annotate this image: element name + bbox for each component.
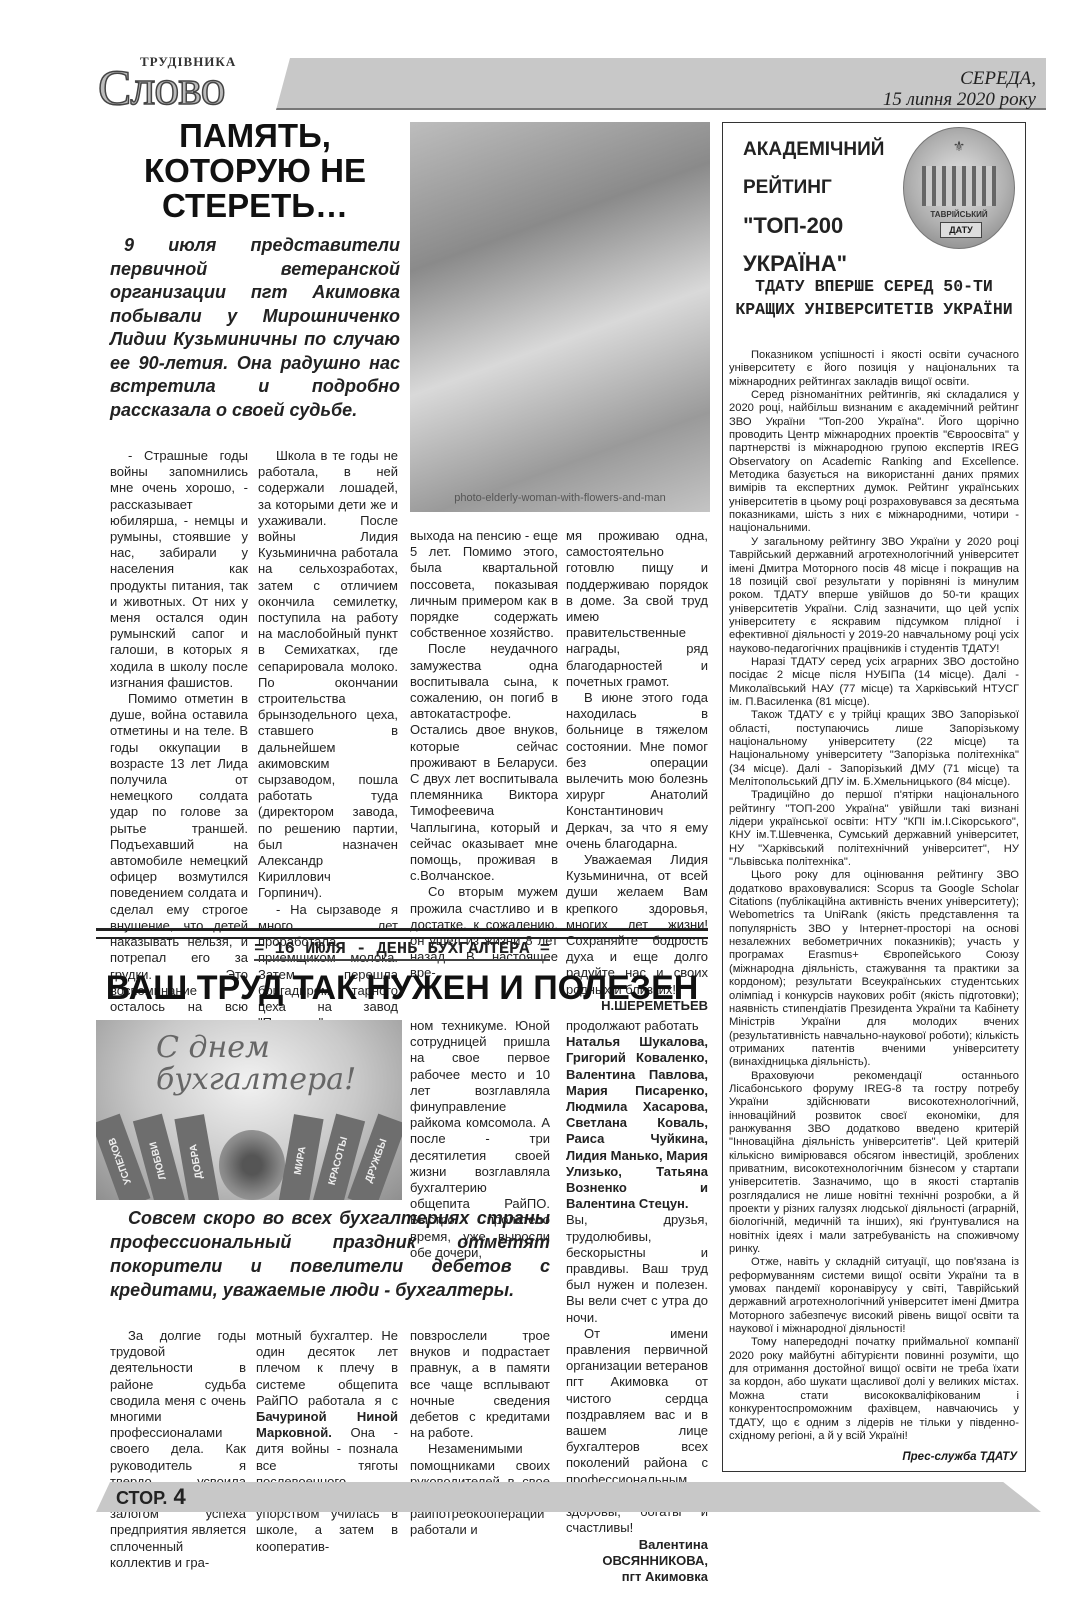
paragraph: Також ТДАТУ є у трійці кращих ЗВО Запорі… — [729, 709, 1019, 789]
newspaper-logo: ТРУДІВНИКА Слово — [96, 50, 266, 114]
paragraph: Школа в те годы не работала, в ней содер… — [258, 448, 398, 902]
article2-signature-name: Валентина ОВСЯННИКОВА, — [566, 1537, 708, 1569]
sidebar-rating-box: АКАДЕМІЧНИЙ РЕЙТИНГ "ТОП-200 УКРАЇНА" ⚜ … — [722, 122, 1026, 1472]
sidebar-heading: АКАДЕМІЧНИЙ РЕЙТИНГ "ТОП-200 УКРАЇНА" — [743, 131, 884, 283]
article2-column-1: За долгие годы трудовой деятельности в р… — [110, 1328, 246, 1571]
roses-bouquet-icon — [219, 1130, 285, 1200]
page-number-value: 4 — [174, 1484, 186, 1509]
sidebar-subheading: ТДАТУ ВПЕРШЕ СЕРЕД 50-ТИ КРАЩИХ УНІВЕРСИ… — [729, 275, 1019, 321]
page-label: СТОР. — [116, 1488, 167, 1508]
article2-column-2: мотный бухгалтер. Не один десяток лет пл… — [256, 1328, 398, 1555]
logo-title: Слово — [98, 60, 225, 114]
sidebar-body: Показником успішності і якості освіти су… — [729, 349, 1019, 1443]
article1-photo: photo-elderly-woman-with-flowers-and-man — [410, 122, 710, 512]
paragraph: После неудачного замужества одна воспиты… — [410, 641, 558, 884]
paragraph: У загальному рейтингу ЗВО України у 2020… — [729, 536, 1019, 656]
trident-icon: ⚜ — [904, 138, 1014, 155]
article1-headline: ПАМЯТЬ, КОТОРУЮ НЕ СТЕРЕТЬ… — [110, 118, 400, 223]
card-greeting-line2: бухгалтера! — [156, 1064, 356, 1096]
paragraph: Наразі ТДАТУ серед усіх аграрних ЗВО дос… — [729, 656, 1019, 709]
paragraph: мя проживаю одна, самостоятельно готовлю… — [566, 528, 708, 690]
accountant-day-card-image: С днем бухгалтера! УСПЕХОВ ЛЮБВИ ДОБРА М… — [96, 1020, 402, 1200]
building-icon — [922, 166, 996, 206]
paragraph: Вы, друзья, трудолюбивы, бескорыстны и п… — [566, 1212, 708, 1325]
heading-line: АКАДЕМІЧНИЙ — [743, 131, 884, 169]
section-divider — [96, 928, 708, 939]
paragraph: За долгие годы трудовой деятельности в р… — [110, 1328, 246, 1571]
article2-kicker: = 16 ИЮЛЯ - ДЕНЬ БУХГАЛТЕРА = — [96, 940, 708, 959]
paragraph: продолжают работать — [566, 1018, 708, 1034]
paragraph: Традиційно до першої п'ятірки національн… — [729, 789, 1019, 869]
issue-date-text: 15 липня 2020 року — [883, 89, 1036, 110]
footer-bar — [96, 1482, 1041, 1512]
card-greeting: С днем бухгалтера! — [156, 1032, 356, 1096]
header-bar: СЕРЕДА, 15 липня 2020 року — [276, 58, 1046, 110]
heading-line: РЕЙТИНГ — [743, 169, 884, 207]
article1-lead: 9 июля представители первичной ветеранск… — [110, 234, 400, 422]
paragraph: Тому напередодні початку приймальної ком… — [729, 1336, 1019, 1443]
book-icon: ДАТУ — [940, 222, 982, 238]
issue-date: СЕРЕДА, 15 липня 2020 року — [883, 68, 1036, 110]
accountant-names: Наталья Шукалова, Григорий Коваленко, Ва… — [566, 1034, 708, 1212]
card-greeting-line1: С днем — [156, 1032, 356, 1064]
emblem-ring-text: ТАВРІЙСЬКИЙ — [904, 210, 1014, 219]
kicker-text: = 16 ИЮЛЯ - ДЕНЬ БУХГАЛТЕРА = — [254, 940, 550, 961]
paragraph: Отже, навіть у складній ситуації, що пов… — [729, 1256, 1019, 1336]
article2-headline: ВАШ ТРУД ТАК НУЖЕН И ПОЛЕЗЕН — [96, 968, 708, 1008]
paragraph: мотный бухгалтер. Не один десяток лет пл… — [256, 1328, 398, 1555]
article1-column-3: выхода на пенсию - еще 5 лет. Помимо это… — [410, 528, 558, 982]
paragraph: Цього року для оцінювання рейтингу ЗВО д… — [729, 869, 1019, 1069]
paragraph: повзрослели трое внуков и подрастает пра… — [410, 1328, 550, 1441]
masthead: ТРУДІВНИКА Слово СЕРЕДА, 15 липня 2020 р… — [96, 50, 1046, 114]
page-number: СТОР. 4 — [116, 1484, 186, 1510]
article2-lead: Совсем скоро во всех бухгалтериях страны… — [110, 1206, 550, 1302]
text: мотный бухгалтер. Не один десяток лет пл… — [256, 1328, 398, 1408]
paragraph: Враховуючи рекомендації останнього Лісаб… — [729, 1070, 1019, 1257]
photo-placeholder: photo-elderly-woman-with-flowers-and-man — [410, 492, 710, 504]
article1-column-2: Школа в те годы не работала, в ней содер… — [258, 448, 398, 1112]
university-emblem-icon: ⚜ ТАВРІЙСЬКИЙ ДАТУ — [903, 127, 1015, 249]
article2-signature-place: пгт Акимовка — [566, 1569, 708, 1585]
paragraph: - Страшные годы войны запомнились мне оч… — [110, 448, 248, 691]
paragraph: Показником успішності і якості освіти су… — [729, 349, 1019, 389]
paragraph: В июне этого года находилась в больнице … — [566, 690, 708, 852]
heading-line: "ТОП-200 — [743, 207, 884, 245]
paragraph: выхода на пенсию - еще 5 лет. Помимо это… — [410, 528, 558, 641]
paragraph: Серед різноманітних рейтингів, які склад… — [729, 389, 1019, 536]
sidebar-signature: Прес-служба ТДАТУ — [902, 1451, 1017, 1463]
issue-day: СЕРЕДА, — [883, 68, 1036, 89]
